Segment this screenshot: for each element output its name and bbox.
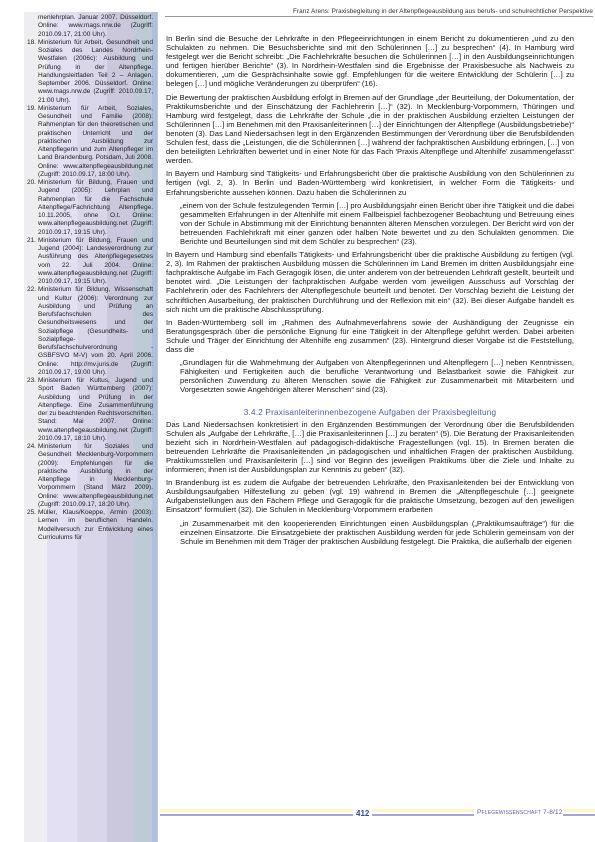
- reference-text: Ministerium für Soziales und Gesundheit …: [38, 443, 153, 509]
- block-quote: „einem von der Schule festzulegenden Ter…: [180, 201, 574, 246]
- body-paragraph: In Bayern und Hamburg sind Tätigkeits- u…: [166, 169, 574, 196]
- journal-issue: Pflegewissenschaft 7-8/12: [474, 809, 563, 816]
- block-quote: „in Zusammenarbeit mit den kooperierende…: [180, 519, 574, 546]
- body-paragraph: In Berlin sind die Besuche der Lehrkräft…: [166, 34, 574, 89]
- reference-item: 19.Ministerium für Arbeit, Soziales, Ges…: [25, 105, 153, 179]
- reference-number: 20.: [25, 179, 38, 237]
- reference-number: 23.: [25, 377, 38, 443]
- reference-item: 21.Ministerium für Bildung, Frauen und J…: [25, 237, 153, 287]
- reference-text: Ministerium für Kultus, Jugend und Sport…: [38, 377, 153, 443]
- body-paragraph: In Brandenburg ist es zudem die Aufgabe …: [166, 478, 574, 514]
- reference-text: Ministerium für Bildung, Wissenschaft un…: [38, 286, 153, 377]
- reference-number: 25.: [25, 509, 38, 542]
- page-number: 412: [353, 809, 372, 818]
- reference-item: 20.Ministerium für Bildung, Frauen und J…: [25, 179, 153, 237]
- main-text-column: In Berlin sind die Besuche der Lehrkräft…: [166, 34, 574, 550]
- reference-text: Ministerium für Arbeit, Gesundheit und S…: [38, 39, 153, 105]
- section-heading: 3.4.2 Praxisanleiterinnenbezogene Aufgab…: [166, 408, 574, 417]
- reference-item: 22.Ministerium für Bildung, Wissenschaft…: [25, 286, 153, 377]
- reference-number: 18.: [25, 39, 38, 105]
- body-paragraph: In Bayern und Hamburg sind ebenfalls Tät…: [166, 250, 574, 314]
- body-paragraph: Die Bewertung der praktischen Ausbildung…: [166, 93, 574, 166]
- reference-text: menlehrplan. Januar 2007. Düsseldorf. On…: [38, 14, 153, 39]
- reference-number: 22.: [25, 286, 38, 377]
- reference-list: menlehrplan. Januar 2007. Düsseldorf. On…: [25, 14, 153, 542]
- reference-item: 24.Ministerium für Soziales und Gesundhe…: [25, 443, 153, 509]
- reference-item: menlehrplan. Januar 2007. Düsseldorf. On…: [25, 14, 153, 39]
- block-quote: „Grundlagen für die Wahrnehmung der Aufg…: [180, 358, 574, 394]
- reference-text: Müller, Klaus/Koeppe, Armin (2003): Lern…: [38, 509, 153, 542]
- reference-number: 21.: [25, 237, 38, 287]
- reference-number: 24.: [25, 443, 38, 509]
- reference-text: Ministerium für Arbeit, Soziales, Gesund…: [38, 105, 153, 179]
- body-paragraph: Das Land Niedersachsen konkretisiert in …: [166, 420, 574, 475]
- reference-text: Ministerium für Bildung, Frauen und Juge…: [38, 179, 153, 237]
- body-paragraph: In Baden-Württemberg soll im „Rahmen des…: [166, 318, 574, 354]
- reference-item: 23.Ministerium für Kultus, Jugend und Sp…: [25, 377, 153, 443]
- reference-text: Ministerium für Bildung, Frauen und Juge…: [38, 237, 153, 287]
- reference-number: 19.: [25, 105, 38, 179]
- reference-item: 18.Ministerium für Arbeit, Gesundheit un…: [25, 39, 153, 105]
- running-head: Franz Arens: Praxisbegleitung in der Alt…: [165, 8, 593, 17]
- reference-item: 25.Müller, Klaus/Koeppe, Armin (2003): L…: [25, 509, 153, 542]
